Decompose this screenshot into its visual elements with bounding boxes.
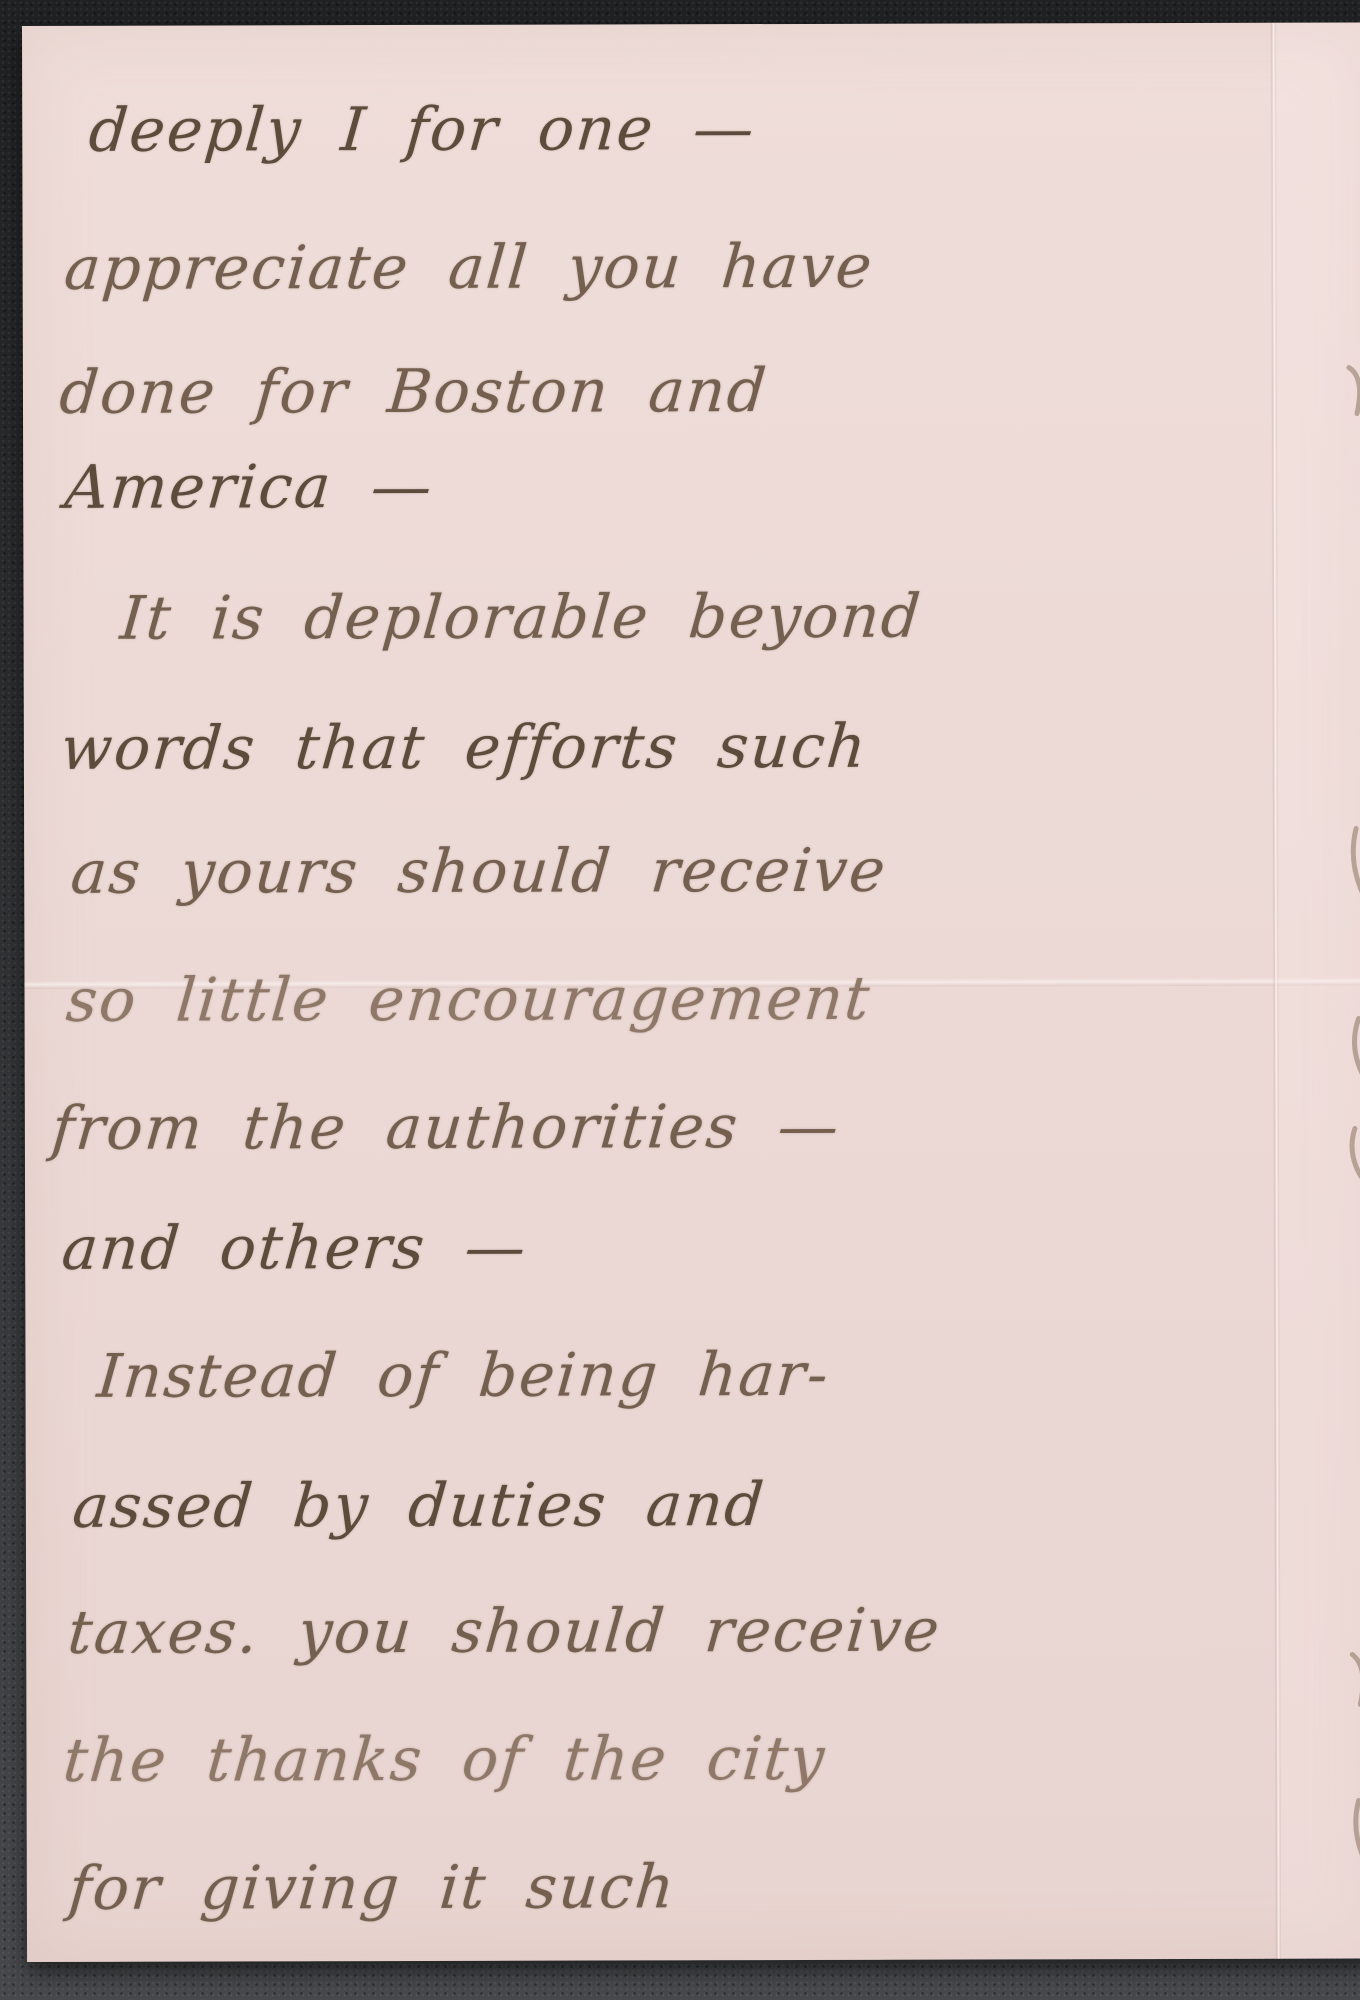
handwriting-line: so little encouragement: [63, 953, 875, 1047]
handwriting-line: America —: [61, 441, 437, 534]
scan-background: deeply I for one — appreciate all you ha…: [0, 0, 1360, 2000]
handwriting-line: words that efforts such: [57, 701, 871, 795]
page-fold-right-panel: [1276, 22, 1360, 1958]
handwriting-line: done for Boston and: [56, 345, 771, 439]
handwriting-line: Instead of being har-: [94, 1329, 834, 1423]
handwriting-line: appreciate all you have: [61, 221, 878, 315]
handwriting-line: and others —: [58, 1202, 531, 1295]
letter-page: deeply I for one — appreciate all you ha…: [22, 22, 1360, 1962]
handwriting-line: deeply I for one —: [85, 83, 759, 177]
handwriting-line: assed by duties and: [69, 1459, 769, 1553]
handwriting-line: as yours should receive: [67, 825, 890, 919]
handwriting-line: for giving it such: [65, 1841, 680, 1935]
handwriting-line: taxes. you should receive: [64, 1585, 944, 1679]
handwriting-line: from the authorities —: [48, 1081, 844, 1175]
handwriting-line: It is deplorable beyond: [117, 571, 926, 665]
handwriting-line: the thanks of the city: [60, 1713, 830, 1807]
